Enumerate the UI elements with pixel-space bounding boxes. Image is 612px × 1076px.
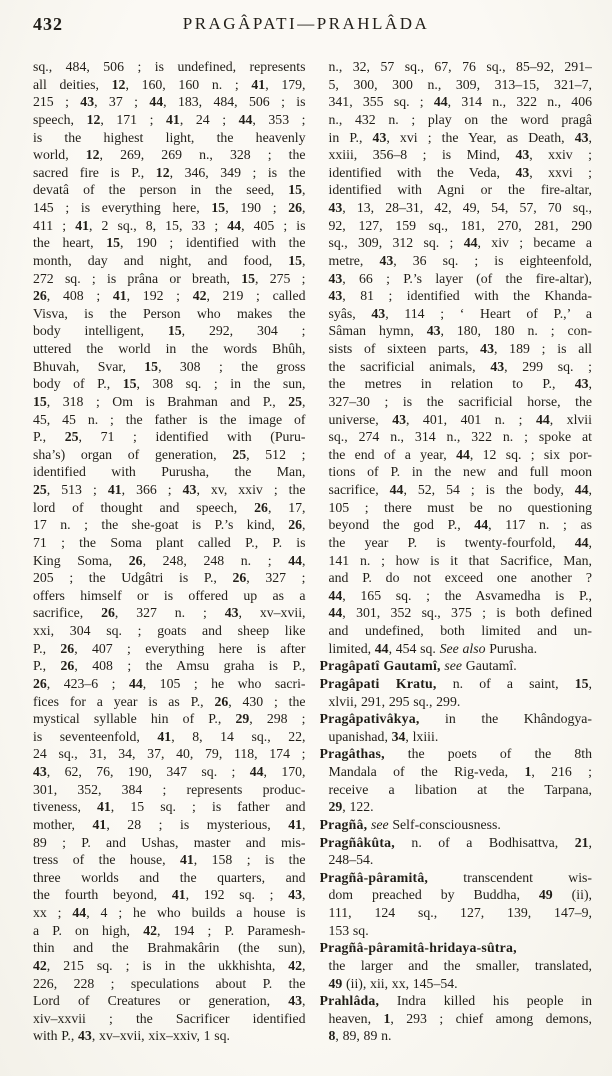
text-line: 105 ; there must be no questioning — [320, 499, 593, 517]
text-line: sacrifice, 26, 327 n. ; 43, xv–xvii, — [33, 604, 306, 622]
text-line: the sacrificial animals, 43, 299 sq. ; — [320, 358, 593, 376]
text-line: 226, 228 ; speculations about P. the — [33, 975, 306, 993]
entry-headword: Prahlâda, — [320, 993, 380, 1008]
text-line: is seventeenfold, 41, 8, 14 sq., 22, — [33, 728, 306, 746]
text-line: mother, 41, 28 ; is mysterious, 41, — [33, 816, 306, 834]
text-line: P., 25, 71 ; identified with (Puru- — [33, 428, 306, 446]
text-line: in P., 43, xvi ; the Year, as Death, 43, — [320, 129, 593, 147]
text-line: 25, 513 ; 41, 366 ; 43, xv, xxiv ; the — [33, 481, 306, 499]
text-line: Pragñâ, see Self-consciousness. — [320, 816, 593, 834]
text-line: 111, 124 sq., 127, 139, 147–9, — [320, 904, 593, 922]
entry-headword: Pragâpativâkya, — [320, 711, 420, 726]
index-entry: Pragâpativâkya, in the Khândogya-upanish… — [320, 710, 593, 745]
index-entry: Pragâthas, the poets of the 8thMandala o… — [320, 745, 593, 816]
text-line: xxiii, 356–8 ; is Mind, 43, xxiv ; — [320, 146, 593, 164]
book-page: 432 PRAGÂPATI—PRAHLÂDA sq., 484, 506 ; i… — [0, 0, 612, 1076]
right-column: n., 32, 57 sq., 67, 76 sq., 85–92, 291–5… — [320, 58, 593, 1045]
text-line: Pragñâ-pâramitâ, transcendent wis- — [320, 869, 593, 887]
text-line: the fourth beyond, 41, 192 sq. ; 43, — [33, 886, 306, 904]
left-column: sq., 484, 506 ; is undefined, represents… — [33, 58, 306, 1045]
text-line: lord of thought and speech, 26, 17, — [33, 499, 306, 517]
entry-headword: Pragâpati Kratu, — [320, 676, 437, 691]
text-line: 26, 423–6 ; 44, 105 ; he who sacri- — [33, 675, 306, 693]
text-line: metre, 43, 36 sq. ; is eighteenfold, — [320, 252, 593, 270]
text-line: xxi, 304 sq. ; goats and sheep like — [33, 622, 306, 640]
text-line: 341, 355 sq. ; 44, 314 n., 322 n., 406 — [320, 93, 593, 111]
index-entry: Pragñâ-pâramitâ-hridaya-sûtra,the larger… — [320, 939, 593, 992]
text-line: Pragâpati Kratu, n. of a saint, 15, — [320, 675, 593, 693]
text-line: Pragñâ-pâramitâ-hridaya-sûtra, — [320, 939, 593, 957]
text-line: body intelligent, 15, 292, 304 ; — [33, 322, 306, 340]
index-entry: Pragñâ-pâramitâ, transcendent wis-dom pr… — [320, 869, 593, 940]
entry-headword: Pragñâ-pâramitâ-hridaya-sûtra, — [320, 940, 517, 955]
index-entry: Pragâpatî Gautamî, see Gautamî. — [320, 657, 593, 675]
text-line: the year P. is twenty-fourfold, 44, — [320, 534, 593, 552]
entry-headword: Pragñâ, — [320, 817, 368, 832]
text-line: xlvii, 291, 295 sq., 299. — [320, 693, 593, 711]
text-line: King Soma, 26, 248, 248 n. ; 44, — [33, 552, 306, 570]
text-line: Pragâpatî Gautamî, see Gautamî. — [320, 657, 593, 675]
text-line: fices for a year is as P., 26, 430 ; the — [33, 693, 306, 711]
text-line: sacrifice, 44, 52, 54 ; is the body, 44, — [320, 481, 593, 499]
text-line: 43, 13, 28–31, 42, 49, 54, 57, 70 sq., — [320, 199, 593, 217]
text-line: 205 ; the Udgâtri is P., 26, 327 ; — [33, 569, 306, 587]
text-line: 411 ; 41, 2 sq., 8, 15, 33 ; 44, 405 ; i… — [33, 217, 306, 235]
text-line: 141 n. ; how is it that Sacrifice, Man, — [320, 552, 593, 570]
text-line: Lord of Creatures or generation, 43, — [33, 992, 306, 1010]
text-line: tions of P. in the new and full moon — [320, 463, 593, 481]
text-line: sists of sixteen parts, 43, 189 ; is all — [320, 340, 593, 358]
text-line: xiv–xxvii ; the Sacrificer identified — [33, 1010, 306, 1028]
text-line: 248–54. — [320, 851, 593, 869]
text-line: Pragâthas, the poets of the 8th — [320, 745, 593, 763]
text-line: 43, 81 ; identified with the Khanda- — [320, 287, 593, 305]
text-line: identified with the Veda, 43, xxvi ; — [320, 164, 593, 182]
text-line: P., 26, 407 ; everything here is after — [33, 640, 306, 658]
text-line: 44, 165 sq. ; the Asvamedha is P., — [320, 587, 593, 605]
text-line: 29, 122. — [320, 798, 593, 816]
text-line: thin and the Brahmakârin (the sun), — [33, 939, 306, 957]
text-line: limited, 44, 454 sq. See also Purusha. — [320, 640, 593, 658]
text-line: with P., 43, xv–xvii, xix–xxiv, 1 sq. — [33, 1027, 306, 1045]
index-entry: Pragñâkûta, n. of a Bodhisattva, 21,248–… — [320, 834, 593, 869]
text-line: the metres in relation to P., 43, — [320, 375, 593, 393]
text-line: 24 sq., 31, 34, 37, 40, 79, 118, 174 ; — [33, 745, 306, 763]
text-line: heaven, 1, 293 ; chief among demons, — [320, 1010, 593, 1028]
text-line: mystical syllable hin of P., 29, 298 ; — [33, 710, 306, 728]
entry-headword: Pragñâ-pâramitâ, — [320, 870, 429, 885]
text-line: 92, 127, 159 sq., 181, 270, 281, 290 — [320, 217, 593, 235]
index-columns: sq., 484, 506 ; is undefined, represents… — [33, 58, 592, 1045]
text-line: and undefined, both limited and un- — [320, 622, 593, 640]
text-line: 15, 318 ; Om is Brahman and P., 25, — [33, 393, 306, 411]
text-line: sha’s) organ of generation, 25, 512 ; — [33, 446, 306, 464]
text-line: 215 ; 43, 37 ; 44, 183, 484, 506 ; is — [33, 93, 306, 111]
text-line: 327–30 ; is the sacrificial horse, the — [320, 393, 593, 411]
text-line: devatâ of the person in the seed, 15, — [33, 181, 306, 199]
text-line: month, day and night, and food, 15, — [33, 252, 306, 270]
text-line: 26, 408 ; 41, 192 ; 42, 219 ; called — [33, 287, 306, 305]
text-line: n., 432 n. ; play on the word pragâ — [320, 111, 593, 129]
text-line: 17 n. ; the she-goat is P.’s kind, 26, — [33, 516, 306, 534]
text-line: the end of a year, 44, 12 sq. ; six por- — [320, 446, 593, 464]
text-line: 5, 300, 300 n., 309, 313–15, 321–7, — [320, 76, 593, 94]
text-line: Pragñâkûta, n. of a Bodhisattva, 21, — [320, 834, 593, 852]
text-line: a P. on high, 42, 194 ; P. Paramesh- — [33, 922, 306, 940]
text-line: universe, 43, 401, 401 n. ; 44, xlvii — [320, 411, 593, 429]
text-line: 45, 45 n. ; the father is the image of — [33, 411, 306, 429]
text-line: 71 ; the Soma plant called P., P. is — [33, 534, 306, 552]
text-line: 301, 352, 384 ; represents produc- — [33, 781, 306, 799]
text-line: 44, 301, 352 sq., 375 ; is both defined — [320, 604, 593, 622]
text-line: and P. do not exceed one another ? — [320, 569, 593, 587]
text-line: 49 (ii), xii, xx, 145–54. — [320, 975, 593, 993]
text-line: Prahlâda, Indra killed his people in — [320, 992, 593, 1010]
text-line: Pragâpativâkya, in the Khândogya- — [320, 710, 593, 728]
text-line: receive a libation at the Tarpana, — [320, 781, 593, 799]
text-line: 42, 215 sq. ; is in the ukkhishta, 42, — [33, 957, 306, 975]
text-line: P., 26, 408 ; the Amsu graha is P., — [33, 657, 306, 675]
text-line: Bhuvah, Svar, 15, 308 ; the gross — [33, 358, 306, 376]
text-line: three worlds and the quarters, and — [33, 869, 306, 887]
text-line: the larger and the smaller, translated, — [320, 957, 593, 975]
text-line: Visva, is the Person who makes the — [33, 305, 306, 323]
index-entry: Pragâpati Kratu, n. of a saint, 15,xlvii… — [320, 675, 593, 710]
text-line: beyond the god P., 44, 117 n. ; as — [320, 516, 593, 534]
text-line: 8, 89, 89 n. — [320, 1027, 593, 1045]
text-line: 272 sq. ; is prâna or breath, 15, 275 ; — [33, 270, 306, 288]
text-line: dom preached by Buddha, 49 (ii), — [320, 886, 593, 904]
text-line: tiveness, 41, 15 sq. ; is father and — [33, 798, 306, 816]
text-line: identified with Agni or the fire-altar, — [320, 181, 593, 199]
text-line: Sâman hymn, 43, 180, 180 n. ; con- — [320, 322, 593, 340]
text-line: xx ; 44, 4 ; he who builds a house is — [33, 904, 306, 922]
entry-headword: Pragâthas, — [320, 746, 385, 761]
index-entry: sq., 484, 506 ; is undefined, represents… — [33, 58, 306, 1045]
entry-headword: Pragâpatî Gautamî, — [320, 658, 441, 673]
text-line: sq., 274 n., 314 n., 322 n. ; spoke at — [320, 428, 593, 446]
text-line: sq., 484, 506 ; is undefined, represents — [33, 58, 306, 76]
text-line: uttered the world in the words Bhûh, — [33, 340, 306, 358]
text-line: 43, 66 ; P.’s layer (of the fire-altar), — [320, 270, 593, 288]
text-line: is the highest light, the heavenly — [33, 129, 306, 147]
text-line: 89 ; P. and Ushas, master and mis- — [33, 834, 306, 852]
text-line: syâs, 43, 114 ; ‘ Heart of P.,’ a — [320, 305, 593, 323]
text-line: 145 ; is everything here, 15, 190 ; 26, — [33, 199, 306, 217]
text-line: identified with Purusha, the Man, — [33, 463, 306, 481]
text-line: 153 sq. — [320, 922, 593, 940]
entry-headword: Pragñâkûta, — [320, 835, 395, 850]
text-line: sq., 309, 312 sq. ; 44, xiv ; became a — [320, 234, 593, 252]
index-entry: Pragñâ, see Self-consciousness. — [320, 816, 593, 834]
text-line: upanishad, 34, lxiii. — [320, 728, 593, 746]
text-line: all deities, 12, 160, 160 n. ; 41, 179, — [33, 76, 306, 94]
text-line: n., 32, 57 sq., 67, 76 sq., 85–92, 291– — [320, 58, 593, 76]
text-line: tress of the house, 41, 158 ; is the — [33, 851, 306, 869]
text-line: Mandala of the Rig-veda, 1, 216 ; — [320, 763, 593, 781]
index-entry: n., 32, 57 sq., 67, 76 sq., 85–92, 291–5… — [320, 58, 593, 657]
text-line: 43, 62, 76, 190, 347 sq. ; 44, 170, — [33, 763, 306, 781]
text-line: offers himself or is offered up as a — [33, 587, 306, 605]
text-line: world, 12, 269, 269 n., 328 ; the — [33, 146, 306, 164]
text-line: body of P., 15, 308 sq. ; in the sun, — [33, 375, 306, 393]
text-line: the heart, 15, 190 ; identified with the — [33, 234, 306, 252]
text-line: speech, 12, 171 ; 41, 24 ; 44, 353 ; — [33, 111, 306, 129]
index-entry: Prahlâda, Indra killed his people inheav… — [320, 992, 593, 1045]
text-line: sacred fire is P., 12, 346, 349 ; is the — [33, 164, 306, 182]
page-header: 432 PRAGÂPATI—PRAHLÂDA — [0, 12, 612, 38]
running-title: PRAGÂPATI—PRAHLÂDA — [0, 14, 612, 34]
